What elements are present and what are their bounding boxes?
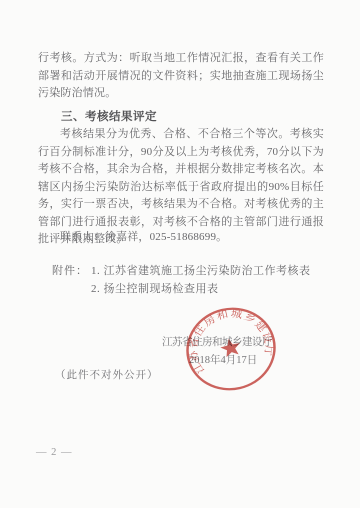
body-paragraph-continuation: 行考核。方式为：听取当地工作情况汇报，查看有关工作部署和活动开展情况的文件资料；… — [38, 50, 324, 103]
contact-line: 联系人：徐嘉祥，025-51868699。 — [38, 229, 324, 247]
attachments-block: 附件： 1. 江苏省建筑施工扬尘污染防治工作考核表 2. 扬尘控制现场检查用表 — [52, 263, 332, 298]
attachments-label: 附件： — [52, 263, 88, 298]
page-number: — 2 — — [36, 447, 73, 458]
official-seal: 江苏省住房和城乡建设厅 — [174, 295, 287, 402]
attachment-item: 2. 扬尘控制现场检查用表 — [91, 281, 332, 299]
confidential-note: （此件不对外公开） — [55, 367, 159, 382]
document-page: 行考核。方式为：听取当地工作情况汇报，查看有关工作部署和活动开展情况的文件资料；… — [0, 0, 360, 508]
attachment-item: 1. 江苏省建筑施工扬尘污染防治工作考核表 — [91, 263, 332, 281]
seal-star-icon — [219, 336, 243, 358]
attachments-list: 1. 江苏省建筑施工扬尘污染防治工作考核表 2. 扬尘控制现场检查用表 — [88, 263, 332, 298]
seal-text-curved: 江苏省住房和城乡建设厅 — [177, 298, 280, 377]
section-heading: 三、考核结果评定 — [38, 108, 324, 124]
